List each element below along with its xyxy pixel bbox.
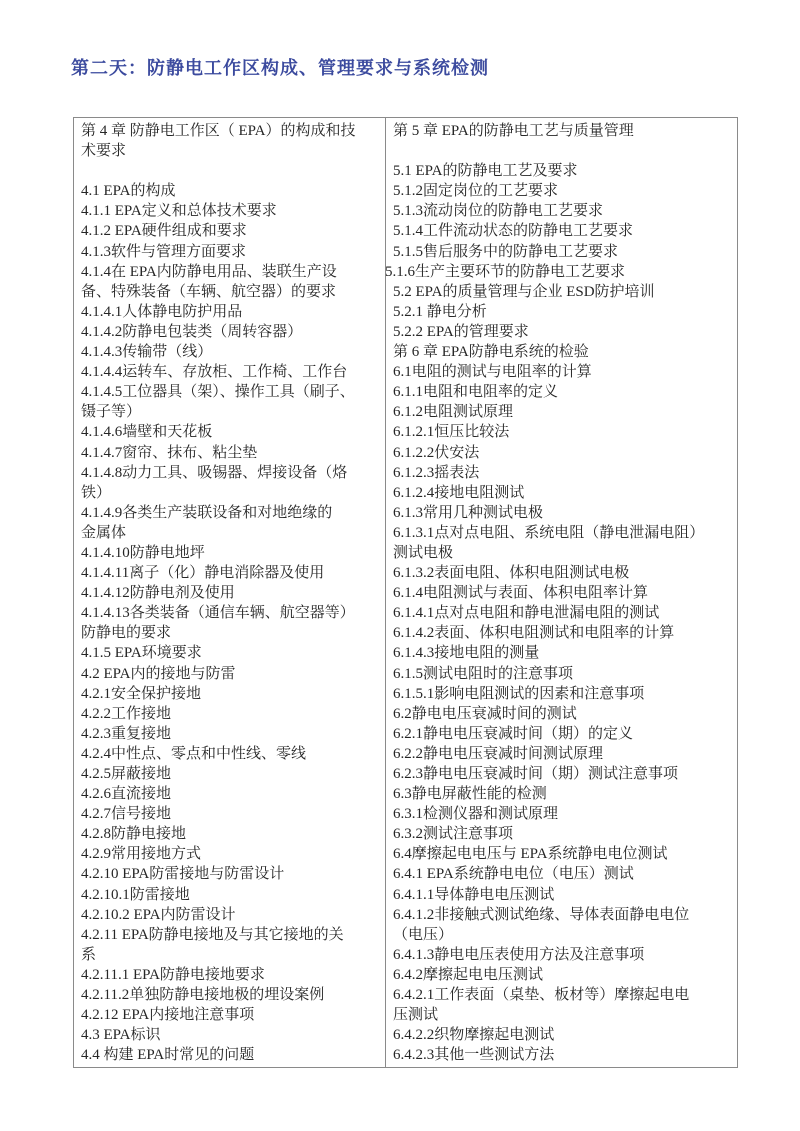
toc-table: 第 4 章 防静电工作区（ EPA）的构成和技术要求4.1 EPA的构成4.1.… [73, 117, 738, 1068]
toc-line: 6.4摩擦起电电压与 EPA系统静电电位测试 [393, 844, 735, 864]
toc-line: 6.4.2摩擦起电电压测试 [393, 965, 735, 985]
toc-line: 4.2.5屏蔽接地 [81, 764, 383, 784]
toc-line: 6.1.5.1影响电阻测试的因素和注意事项 [393, 684, 735, 704]
toc-line: 4.1 EPA的构成 [81, 181, 383, 201]
toc-line: 镊子等） [81, 402, 383, 422]
toc-line: 6.1.3常用几种测试电极 [393, 503, 735, 523]
document-page: 第二天：防静电工作区构成、管理要求与系统检测 第 4 章 防静电工作区（ EPA… [0, 0, 800, 1131]
toc-line: 第 6 章 EPA防静电系统的检验 [393, 342, 735, 362]
toc-line: 6.1.2.2伏安法 [393, 443, 735, 463]
toc-line: 4.2.4中性点、零点和中性线、零线 [81, 744, 383, 764]
toc-line: 6.4.2.1工作表面（桌垫、板材等）摩擦起电电 [393, 985, 735, 1005]
toc-line: 6.1.3.1点对点电阻、系统电阻（静电泄漏电阻） [393, 523, 735, 543]
toc-line: 6.2.1静电电压衰减时间（期）的定义 [393, 724, 735, 744]
toc-line: 4.1.4.10防静电地坪 [81, 543, 383, 563]
toc-line: 5.1.3流动岗位的防静电工艺要求 [393, 201, 735, 221]
toc-line: （电压） [393, 925, 735, 945]
toc-column-chapter-5-6: 第 5 章 EPA的防静电工艺与质量管理5.1 EPA的防静电工艺及要求5.1.… [386, 118, 737, 1067]
toc-line: 4.1.4.1人体静电防护用品 [81, 302, 383, 322]
toc-line: 4.4 构建 EPA时常见的问题 [81, 1045, 383, 1065]
toc-line: 6.4.2.2织物摩擦起电测试 [393, 1025, 735, 1045]
toc-line: 第 4 章 防静电工作区（ EPA）的构成和技 [81, 121, 383, 141]
toc-line: 金属体 [81, 523, 383, 543]
toc-line: 4.2.11 EPA防静电接地及与其它接地的关 [81, 925, 383, 945]
toc-line: 4.2 EPA内的接地与防雷 [81, 664, 383, 684]
toc-line: 6.3.2测试注意事项 [393, 824, 735, 844]
toc-line: 5.2 EPA的质量管理与企业 ESD防护培训 [393, 282, 735, 302]
toc-line: 压测试 [393, 1005, 735, 1025]
toc-line: 4.1.4.11离子（化）静电消除器及使用 [81, 563, 383, 583]
toc-line: 6.1.4.1点对点电阻和静电泄漏电阻的测试 [393, 603, 735, 623]
toc-line: 防静电的要求 [81, 623, 383, 643]
toc-line: 6.1.2电阻测试原理 [393, 402, 735, 422]
toc-line: 4.1.4.5工位器具（架）、操作工具（刷子、 [81, 382, 383, 402]
toc-line: 4.1.4.3传输带（线） [81, 342, 383, 362]
toc-line: 铁） [81, 483, 383, 503]
toc-line: 5.1.2固定岗位的工艺要求 [393, 181, 735, 201]
toc-line: 4.1.4.8动力工具、吸锡器、焊接设备（烙 [81, 463, 383, 483]
toc-line: 4.1.4.2防静电包装类（周转容器） [81, 322, 383, 342]
toc-line: 6.4.1.3静电电压表使用方法及注意事项 [393, 945, 735, 965]
toc-line: 备、特殊装备（车辆、航空器）的要求 [81, 282, 383, 302]
toc-line: 6.1电阻的测试与电阻率的计算 [393, 362, 735, 382]
toc-line: 6.4.1 EPA系统静电电位（电压）测试 [393, 864, 735, 884]
toc-line: 5.1.5售后服务中的防静电工艺要求 [393, 242, 735, 262]
toc-line: 5.2.1 静电分析 [393, 302, 735, 322]
toc-line: 6.1.1电阻和电阻率的定义 [393, 382, 735, 402]
toc-line: 4.2.10 EPA防雷接地与防雷设计 [81, 864, 383, 884]
toc-line: 6.4.1.1导体静电电压测试 [393, 885, 735, 905]
toc-line: 第 5 章 EPA的防静电工艺与质量管理 [393, 121, 735, 141]
toc-line: 4.1.2 EPA硬件组成和要求 [81, 221, 383, 241]
toc-line: 4.1.1 EPA定义和总体技术要求 [81, 201, 383, 221]
toc-line: 6.1.3.2表面电阻、体积电阻测试电极 [393, 563, 735, 583]
toc-line: 4.2.11.1 EPA防静电接地要求 [81, 965, 383, 985]
toc-line: 6.1.2.1恒压比较法 [393, 422, 735, 442]
toc-line: 4.1.4.13各类装备（通信车辆、航空器等） [81, 603, 383, 623]
toc-line: 6.1.4.2表面、体积电阻测试和电阻率的计算 [393, 623, 735, 643]
toc-line: 4.2.7信号接地 [81, 804, 383, 824]
toc-line: 术要求 [81, 141, 383, 161]
toc-line: 5.1.6生产主要环节的防静电工艺要求 [385, 262, 735, 282]
toc-line: 6.4.2.3其他一些测试方法 [393, 1045, 735, 1065]
toc-line: 5.1.4工件流动状态的防静电工艺要求 [393, 221, 735, 241]
toc-line: 4.2.3重复接地 [81, 724, 383, 744]
toc-line: 6.3静电屏蔽性能的检测 [393, 784, 735, 804]
toc-line: 4.2.12 EPA内接地注意事项 [81, 1005, 383, 1025]
toc-line: 6.3.1检测仪器和测试原理 [393, 804, 735, 824]
toc-line: 6.2静电电压衰减时间的测试 [393, 704, 735, 724]
toc-line: 6.4.1.2非接触式测试绝缘、导体表面静电电位 [393, 905, 735, 925]
toc-line [393, 141, 735, 161]
toc-line: 5.1 EPA的防静电工艺及要求 [393, 161, 735, 181]
toc-line: 4.2.8防静电接地 [81, 824, 383, 844]
toc-line: 系 [81, 945, 383, 965]
toc-line: 测试电极 [393, 543, 735, 563]
toc-line: 4.1.4.9各类生产装联设备和对地绝缘的 [81, 503, 383, 523]
toc-line: 4.2.9常用接地方式 [81, 844, 383, 864]
toc-line: 6.1.2.3摇表法 [393, 463, 735, 483]
page-title: 第二天：防静电工作区构成、管理要求与系统检测 [71, 54, 489, 80]
toc-line: 4.2.1安全保护接地 [81, 684, 383, 704]
toc-column-chapter-4: 第 4 章 防静电工作区（ EPA）的构成和技术要求4.1 EPA的构成4.1.… [74, 118, 386, 1067]
toc-line: 4.2.10.2 EPA内防雷设计 [81, 905, 383, 925]
toc-line: 4.2.6直流接地 [81, 784, 383, 804]
toc-line: 4.1.4.4运转车、存放柜、工作椅、工作台 [81, 362, 383, 382]
toc-line: 4.1.4.7窗帘、抹布、粘尘垫 [81, 443, 383, 463]
toc-line: 6.1.2.4接地电阻测试 [393, 483, 735, 503]
toc-line: 4.2.11.2单独防静电接地极的埋设案例 [81, 985, 383, 1005]
toc-line: 4.1.5 EPA环境要求 [81, 643, 383, 663]
toc-line: 4.1.4在 EPA内防静电用品、装联生产设 [81, 262, 383, 282]
toc-line: 6.2.3静电电压衰减时间（期）测试注意事项 [393, 764, 735, 784]
toc-line [81, 161, 383, 181]
toc-line: 6.1.5测试电阻时的注意事项 [393, 664, 735, 684]
toc-line: 5.2.2 EPA的管理要求 [393, 322, 735, 342]
toc-line: 6.1.4.3接地电阻的测量 [393, 643, 735, 663]
toc-line: 4.3 EPA标识 [81, 1025, 383, 1045]
toc-line: 4.1.4.6墙壁和天花板 [81, 422, 383, 442]
toc-line: 4.2.2工作接地 [81, 704, 383, 724]
toc-line: 4.2.10.1防雷接地 [81, 885, 383, 905]
toc-line: 4.1.4.12防静电剂及使用 [81, 583, 383, 603]
toc-line: 6.2.2静电电压衰减时间测试原理 [393, 744, 735, 764]
toc-line: 4.1.3软件与管理方面要求 [81, 242, 383, 262]
toc-line: 6.1.4电阻测试与表面、体积电阻率计算 [393, 583, 735, 603]
